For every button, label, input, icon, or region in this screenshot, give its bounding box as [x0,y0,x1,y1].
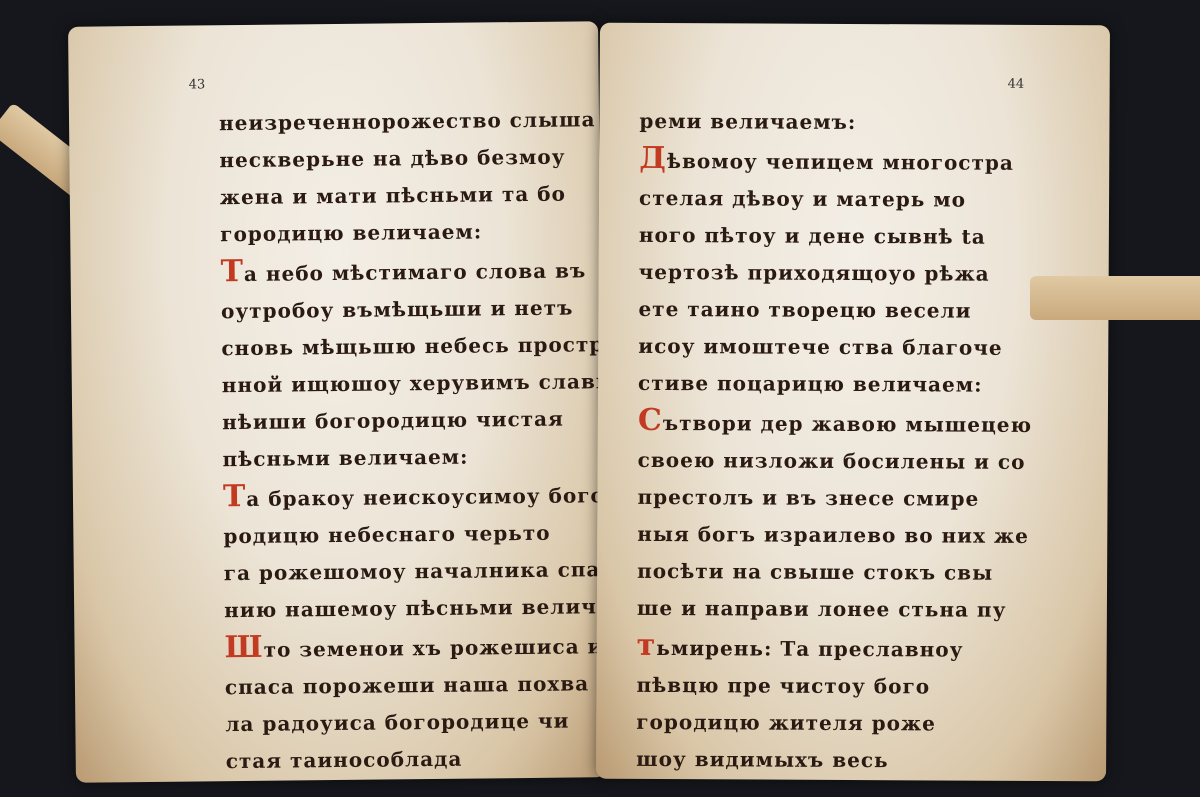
text-line: ше и направи лонее стьна пу [637,590,1031,629]
text-line: исоу имоштече ства благоче [638,328,1032,367]
text-line: своею низложи босилены и со [638,442,1032,481]
text-line: нѣиши богородицю чистая [222,400,650,441]
folio-number: 44 [1008,77,1025,92]
text-line: га рожешомоу началника спасе [224,551,652,592]
text-line: стелая дѣвоу и матерь мо [639,180,1033,219]
text-line: сновь мѣщьшю небесь прострa [221,326,649,367]
wooden-stick-right [1030,276,1200,320]
text-line: чертозѣ приходящоуo рѣжа [639,254,1033,293]
text-line: жена и мати пѣсньми та бо [220,175,648,216]
text-line: нию нашемоу пѣсньми величаем: [224,588,652,629]
text-line: Дѣвомоу чепицем многостра [639,140,1033,182]
text-line: тьмирень: Та преславноу [637,627,1031,669]
text-line: Та бракоу неискоусимоу богo [223,474,651,518]
text-line: нескверьне на дѣво безмоу [219,138,647,179]
text-line: ете таино творецю весели [638,291,1032,330]
text-line: городицю жителя рожe [636,704,1030,743]
text-line: пѣвцю пре чистоу богo [636,667,1030,706]
text-line: ныя богъ израилево во них же [637,516,1031,555]
text-line: реми величаемъ: [639,103,1033,142]
text-block: реми величаемъ:Дѣвомоу чепицем многостра… [636,103,1034,780]
text-line: родицю небеснаго черьто [223,514,651,555]
text-line: пѣсньми величаем: [222,437,650,478]
text-line: ла радоуиса богородице чи [225,702,653,743]
text-line: ного пѣтоу и дене сывнѣ ta [639,217,1033,256]
text-line: Та небо мѣстимаго слова въ [220,249,648,293]
text-line: нной ищюшоу херувимъ славнѣ [222,363,650,404]
text-line: престолъ и въ знесе смире [637,479,1031,518]
text-line: городицю величаем: [220,212,648,253]
text-line: Сътвори дер жавою мышецею [638,402,1032,444]
folio-number: 43 [189,77,206,92]
text-line: спаса порожеши нашa похвa [225,665,653,706]
text-line: стиве поцарицю величаем: [638,365,1032,404]
right-page: 44 реми величаемъ:Дѣвомоу чепицем многос… [596,23,1110,782]
text-line: посѣти на свыше стокъ свы [637,553,1031,592]
text-line: Што земенои хъ рожешиса и [224,625,652,669]
text-block: неизреченнорожество слышанескверьне на д… [219,101,653,780]
text-line: неизреченнорожество слыша [219,101,647,142]
text-line: оутробоу въмѣщьши и нетъ [221,289,649,330]
left-page: 43 неизреченнорожество слышанескверьне н… [68,21,606,783]
text-line: стая таинoсоблада [226,739,654,780]
text-line: шоу видимыхъ весь [636,741,1030,780]
